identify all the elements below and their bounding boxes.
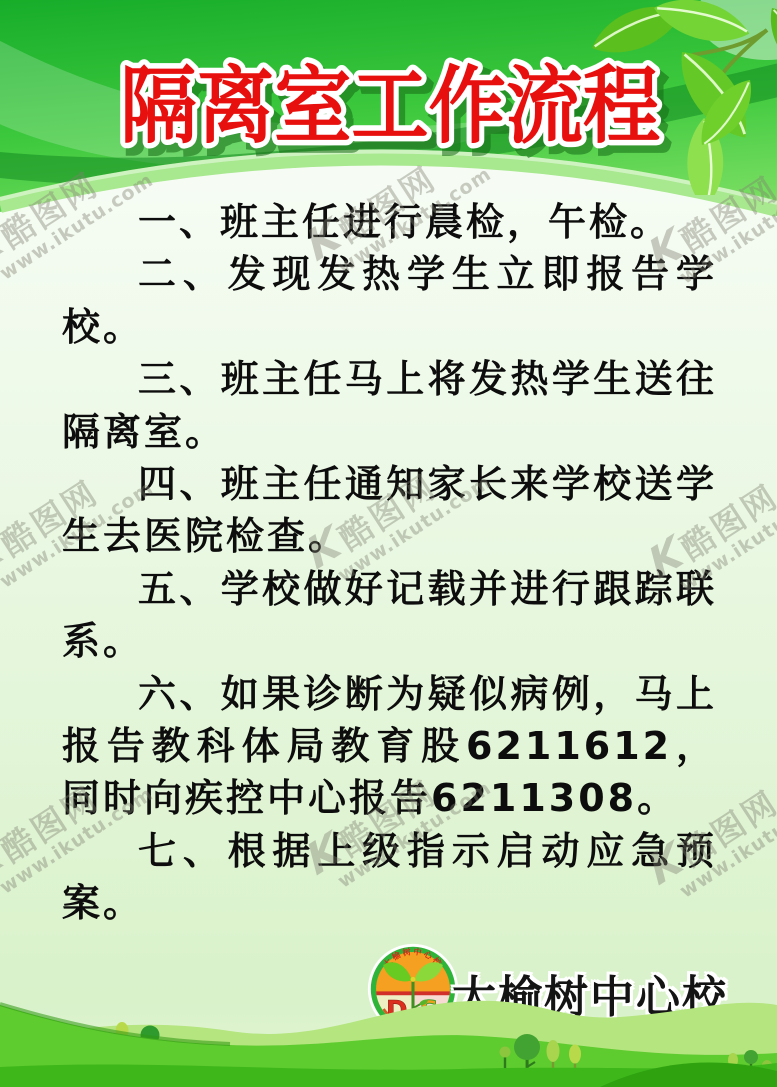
kutu-k-icon: K	[0, 526, 8, 582]
hills-footer	[0, 975, 777, 1087]
leaves-decoration	[562, 0, 777, 195]
kutu-k-icon: K	[0, 832, 8, 888]
flow-steps: 一、班主任进行晨检，午检。 二、发现发热学生立即报告学校。 三、班主任马上将发热…	[62, 196, 717, 930]
flow-step-5: 五、学校做好记载并进行跟踪联系。	[62, 563, 717, 668]
flow-step-6: 六、如果诊断为疑似病例，马上报告教科体局教育股6211612，同时向疾控中心报告…	[62, 668, 717, 825]
flow-step-4: 四、班主任通知家长来学校送学生去医院检查。	[62, 458, 717, 563]
flow-step-2: 二、发现发热学生立即报告学校。	[62, 248, 717, 353]
flow-step-1: 一、班主任进行晨检，午检。	[62, 196, 717, 248]
flow-step-3: 三、班主任马上将发热学生送往隔离室。	[62, 353, 717, 458]
isolation-room-poster: 隔离室工作流程 隔离室工作流程	[0, 0, 777, 1087]
flow-step-7: 七、根据上级指示启动应急预案。	[62, 825, 717, 930]
